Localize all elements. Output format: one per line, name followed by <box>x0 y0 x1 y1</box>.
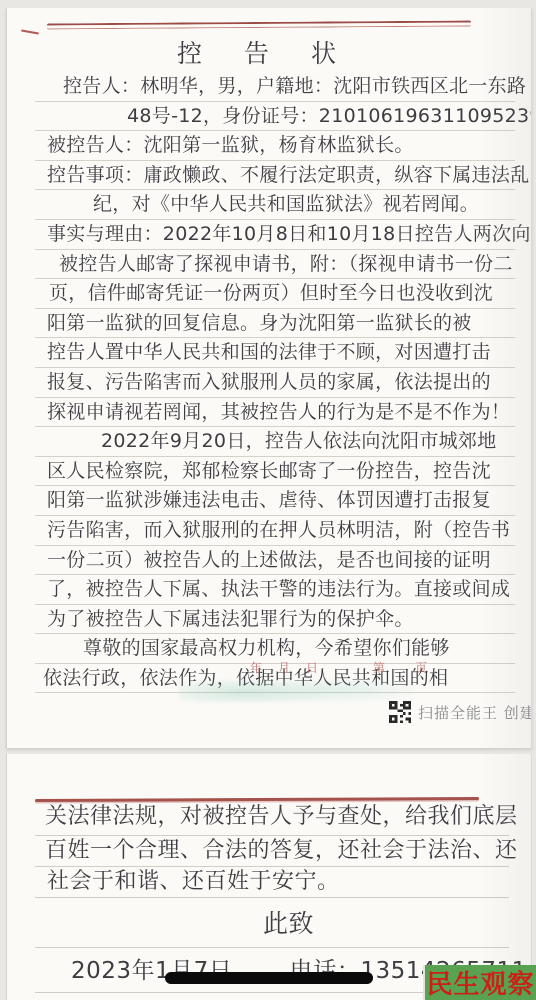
qr-code-icon <box>389 701 411 723</box>
handwritten-line: 为了被控告人下属违法犯罪行为的保护伞。 <box>35 605 515 635</box>
ink-bleed-smudge <box>179 680 415 702</box>
handwritten-line: 社会于和谐、还百姓于安宁。 <box>35 867 509 898</box>
handwritten-line: 纪，对《中华人民共和国监狱法》视若罔闻。 <box>35 190 515 220</box>
handwritten-line: 阳第一监狱的回复信息。身为沈阳第一监狱长的被 <box>35 309 515 339</box>
handwritten-line: 控告人置中华人民共和国的法律于不顾，对因遭打击 <box>35 338 515 368</box>
handwritten-line: 控告事项：庸政懒政、不履行法定职责，纵容下属违法乱 <box>35 161 515 191</box>
notebook-header-rule-fragment <box>21 29 39 34</box>
handwritten-line: 一份二页）被控告人的上述做法，是否也间接的证明 <box>35 546 515 576</box>
handwritten-line: 事实与理由：2022年10月8日和10月18日控告人两次向 <box>35 220 515 250</box>
handwritten-body-page1: 控告人：林明华，男，户籍地：沈阳市铁西区北一东路 48号-12，身份证号：210… <box>35 72 515 693</box>
watermark-text: 扫描全能王 创建 <box>418 702 532 723</box>
handwritten-line: 被控告人：沈阳第一监狱，杨育林监狱长。 <box>35 131 515 161</box>
redaction-bar <box>165 972 373 984</box>
handwritten-line: 被控告人邮寄了探视申请书，附：（探视申请书一份二 <box>35 250 515 280</box>
handwritten-line: 48号-12，身份证号：210106196311095239。 <box>35 102 515 132</box>
document-title: 控告状 <box>177 34 378 70</box>
handwritten-line: 区人民检察院，郑郁检察长邮寄了一份控告，控告沈 <box>35 457 515 487</box>
handwritten-line: 报复、污告陷害而入狱服刑人员的家属，依法提出的 <box>35 368 515 398</box>
camscanner-watermark: 扫描全能王 创建 <box>389 700 532 724</box>
handwritten-line: 2022年9月20日，控告人依法向沈阳市城郊地 <box>35 427 515 457</box>
footer-date-fields: 年 月 日 <box>250 659 320 676</box>
page-1-scan: 控告状 控告人：林明华，男，户籍地：沈阳市铁西区北一东路 48号-12，身份证号… <box>6 8 532 748</box>
notebook-header-rule <box>35 797 479 801</box>
handwritten-line: 关法律法规，对被控告人予与查处，给我们底层 <box>35 802 509 836</box>
notebook-header-rule <box>47 21 471 30</box>
handwritten-line: 污告陷害，而入狱服刑的在押人员林明洁，附（控告书 <box>35 516 515 546</box>
handwritten-line: 百姓一个合理、合法的答复，还社会于法治、还 <box>35 836 509 867</box>
handwritten-line: 阳第一监狱涉嫌违法电击、虐待、体罚因遭打击报复 <box>35 486 515 516</box>
footer-page-fields: 第 页 <box>373 659 429 676</box>
closing-line: 此致 <box>35 898 509 948</box>
handwritten-line: 了，被控告人下属、执法干警的违法行为。直接或间成 <box>35 575 515 605</box>
handwritten-line: 探视申请视若罔闻，其被控告人的行为是不是不作为！ <box>35 398 515 428</box>
handwritten-line: 页，信件邮寄凭证一份两页）但时至今日也没收到沈 <box>35 279 515 309</box>
scanned-document: 控告状 控告人：林明华，男，户籍地：沈阳市铁西区北一东路 48号-12，身份证号… <box>0 0 536 1000</box>
site-badge: 民生观察 <box>423 965 536 1000</box>
handwritten-line: 控告人：林明华，男，户籍地：沈阳市铁西区北一东路 <box>35 72 515 102</box>
